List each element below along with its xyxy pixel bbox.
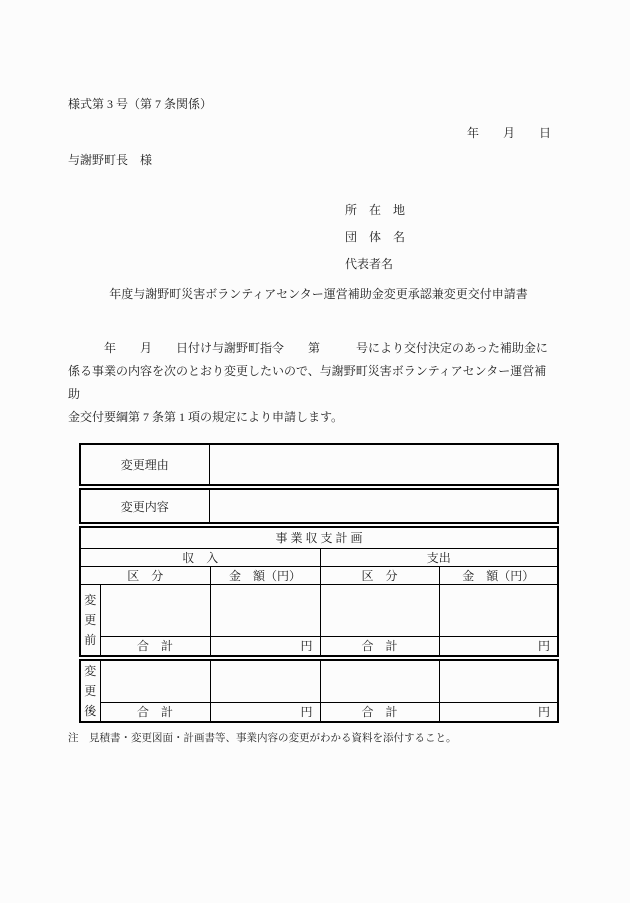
document-page: 様式第 3 号（第 7 条関係） 年 月 日 与謝野町長 様 所 在 地 団 体… bbox=[0, 0, 630, 903]
applicant-representative-label: 代表者名 bbox=[345, 251, 557, 278]
after-income-total-yen: 円 bbox=[210, 702, 320, 722]
addressee: 与謝野町長 様 bbox=[68, 152, 557, 169]
after-expense-amount-cell bbox=[439, 660, 558, 702]
body-line-2: 係る事業の内容を次のとおり変更したいので、与謝野町災害ボランティアセンター運営補… bbox=[68, 360, 557, 406]
before-change-label-text: 変更前 bbox=[84, 590, 96, 650]
expense-amount-header: 金 額（円） bbox=[439, 566, 558, 584]
applicant-organization-label: 団 体 名 bbox=[345, 224, 557, 251]
change-reason-table: 変更理由 bbox=[79, 443, 559, 486]
date-line: 年 月 日 bbox=[68, 125, 557, 142]
plan-title: 事 業 収 支 計 画 bbox=[80, 527, 558, 548]
expense-category-header: 区 分 bbox=[320, 566, 439, 584]
form-number: 様式第 3 号（第 7 条関係） bbox=[68, 96, 557, 113]
after-expense-category-cell bbox=[320, 660, 439, 702]
after-income-category-cell bbox=[100, 660, 210, 702]
income-category-header: 区 分 bbox=[80, 566, 210, 584]
before-expense-total-yen: 円 bbox=[439, 636, 558, 656]
before-expense-category-cell bbox=[320, 584, 439, 636]
budget-plan-table: 事 業 収 支 計 画 収 入 支出 区 分 金 額（円） 区 分 金 額（円）… bbox=[79, 526, 559, 657]
form-tables: 変更理由 変更内容 事 業 収 支 計 画 収 入 支出 bbox=[79, 443, 557, 723]
after-expense-total-label: 合 計 bbox=[320, 702, 439, 722]
income-header: 収 入 bbox=[80, 548, 320, 566]
body-line-1: 年 月 日付け与謝野町指令 第 号により交付決定のあった補助金に bbox=[68, 337, 557, 360]
change-content-table: 変更内容 bbox=[79, 488, 559, 524]
after-income-total-label: 合 計 bbox=[100, 702, 210, 722]
before-expense-total-label: 合 計 bbox=[320, 636, 439, 656]
attachment-note: 注 見積書・変更図面・計画書等、事業内容の変更がわかる資料を添付すること。 bbox=[68, 731, 557, 746]
document-title: 年度与謝野町災害ボランティアセンター運営補助金変更承認兼変更交付申請書 bbox=[68, 286, 557, 303]
before-income-total-label: 合 計 bbox=[100, 636, 210, 656]
after-change-label-text: 変更後 bbox=[84, 661, 96, 721]
change-content-label: 変更内容 bbox=[80, 489, 209, 523]
body-line-3: 金交付要綱第 7 条第 1 項の規定により申請します。 bbox=[68, 406, 557, 429]
change-reason-label: 変更理由 bbox=[80, 444, 209, 485]
change-reason-value-cell bbox=[209, 444, 558, 485]
after-change-label: 変更後 bbox=[80, 660, 100, 722]
income-amount-header: 金 額（円） bbox=[210, 566, 320, 584]
before-income-category-cell bbox=[100, 584, 210, 636]
applicant-block: 所 在 地 団 体 名 代表者名 bbox=[345, 197, 557, 278]
expense-header: 支出 bbox=[320, 548, 558, 566]
before-expense-amount-cell bbox=[439, 584, 558, 636]
before-income-total-yen: 円 bbox=[210, 636, 320, 656]
after-expense-total-yen: 円 bbox=[439, 702, 558, 722]
before-change-label: 変更前 bbox=[80, 584, 100, 656]
after-income-amount-cell bbox=[210, 660, 320, 702]
after-change-table: 変更後 合 計 円 合 計 円 bbox=[79, 659, 559, 723]
before-income-amount-cell bbox=[210, 584, 320, 636]
applicant-address-label: 所 在 地 bbox=[345, 197, 557, 224]
change-content-value-cell bbox=[209, 489, 558, 523]
body-paragraph: 年 月 日付け与謝野町指令 第 号により交付決定のあった補助金に 係る事業の内容… bbox=[68, 337, 557, 429]
